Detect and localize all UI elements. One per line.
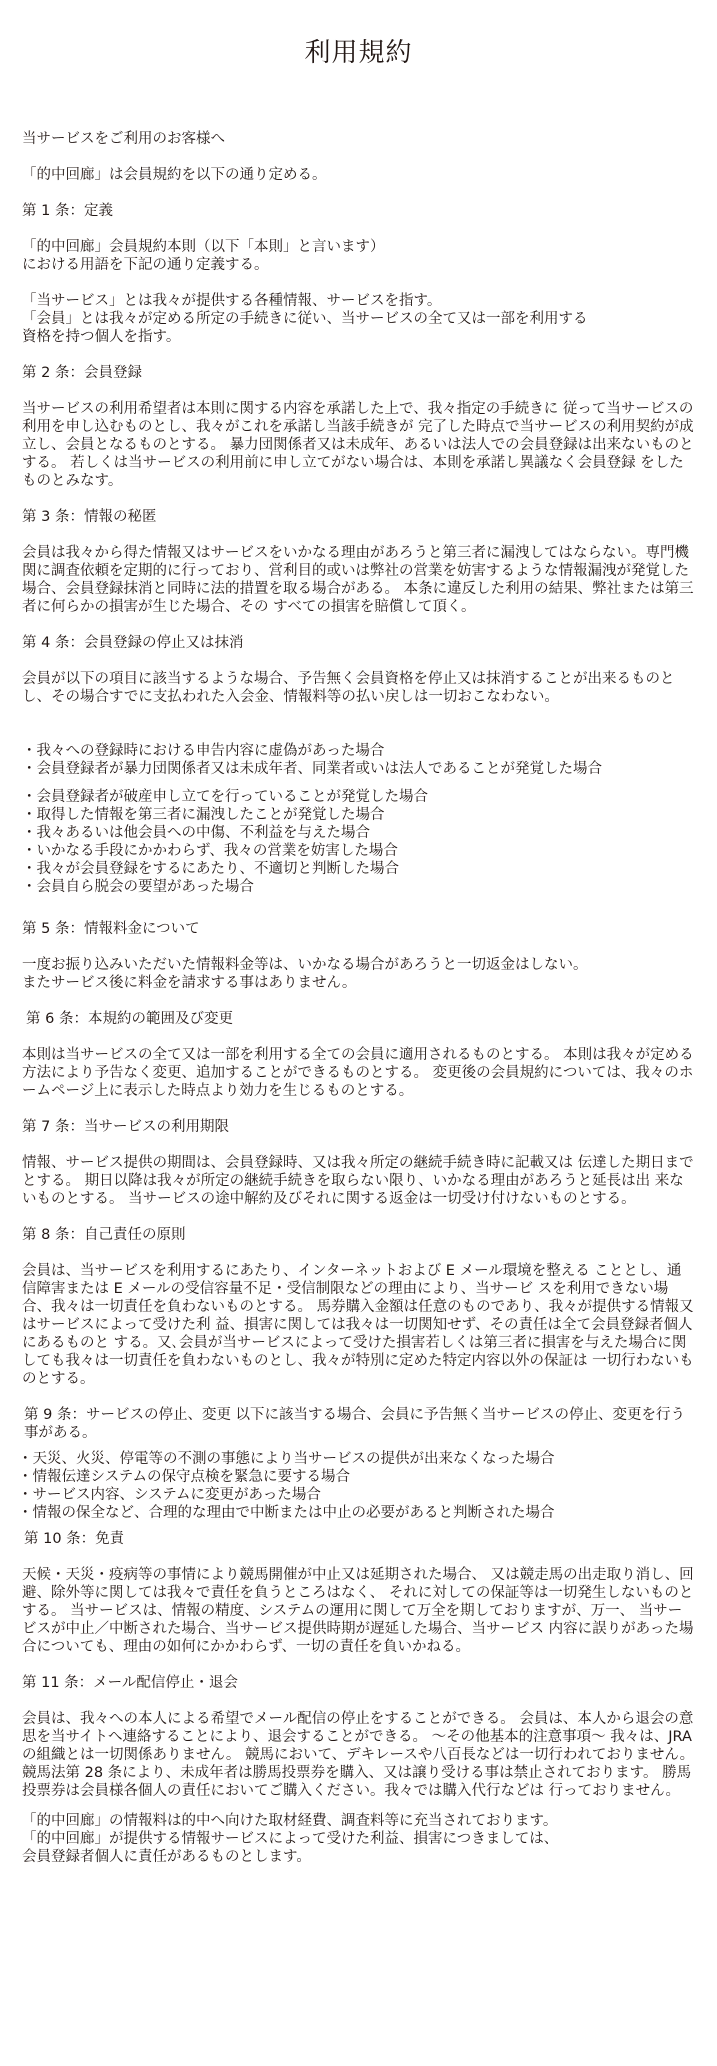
article-heading: 第 1 条：定義 bbox=[22, 202, 695, 220]
article-10: 第 10 条：免責 天候・天災・疫病等の事情により競馬開催が中止又は延期された場… bbox=[22, 1530, 695, 1656]
page-title: 利用規約 bbox=[22, 0, 695, 84]
service-stop-conditions-list: ・天災、火災、停電等の不測の事態により当サービスの提供が出来なくなった場合 ・情… bbox=[18, 1450, 695, 1522]
list-item: ・我々への登録時における申告内容に虚偽があった場合 bbox=[22, 742, 695, 760]
article-paragraph: 情報、サービス提供の期間は、会員登録時、又は我々所定の継続手続き時に記載又は 伝… bbox=[22, 1154, 695, 1208]
list-item: ・天災、火災、停電等の不測の事態により当サービスの提供が出来なくなった場合 bbox=[18, 1450, 695, 1468]
terms-page: 利用規約 当サービスをご利用のお客様へ 「的中回廊」は会員規約を以下の通り定める… bbox=[0, 0, 717, 1866]
list-item: ・会員登録者が破産申し立てを行っていることが発覚した場合 bbox=[22, 788, 695, 806]
list-item: ・情報の保全など、合理的な理由で中断または中止の必要があると判断された場合 bbox=[18, 1504, 695, 1522]
article-9: 第 9 条：サービスの停止、変更 以下に該当する場合、会員に予告無く当サービスの… bbox=[22, 1406, 695, 1522]
article-3: 第 3 条：情報の秘匿 会員は我々から得た情報又はサービスをいかなる理由があろう… bbox=[22, 508, 695, 616]
article-2: 第 2 条：会員登録 当サービスの利用希望者は本則に関する内容を承諾した上で、我… bbox=[22, 364, 695, 490]
article-8: 第 8 条：自己責任の原則 会員は、当サービスを利用するにあたり、インターネット… bbox=[22, 1226, 695, 1388]
list-item: ・いかなる手段にかかわらず、我々の営業を妨害した場合 bbox=[22, 842, 695, 860]
article-heading: 第 10 条：免責 bbox=[22, 1530, 695, 1548]
list-item: ・サービス内容、システムに変更があった場合 bbox=[18, 1486, 695, 1504]
article-paragraph: 当サービスの利用希望者は本則に関する内容を承諾した上で、我々指定の手続きに 従っ… bbox=[22, 400, 695, 490]
article-heading: 第 7 条：当サービスの利用期限 bbox=[22, 1118, 695, 1136]
suspension-conditions-list-b: ・会員登録者が破産申し立てを行っていることが発覚した場合 ・取得した情報を第三者… bbox=[22, 788, 695, 896]
article-7: 第 7 条：当サービスの利用期限 情報、サービス提供の期間は、会員登録時、又は我… bbox=[22, 1118, 695, 1208]
article-paragraph: 「当サービス」とは我々が提供する各種情報、サービスを指す。 「会員」とは我々が定… bbox=[22, 292, 695, 346]
article-11: 第 11 条：メール配信停止・退会 会員は、我々への本人による希望でメール配信の… bbox=[22, 1674, 695, 1866]
article-paragraph: 会員は、我々への本人による希望でメール配信の停止をすることができる。 会員は、本… bbox=[22, 1710, 695, 1800]
article-paragraph: 「的中回廊」会員規約本則（以下「本則」と言います） における用語を下記の通り定義… bbox=[22, 238, 695, 274]
article-heading: 第 5 条：情報料金について bbox=[22, 920, 695, 938]
article-heading: 第 3 条：情報の秘匿 bbox=[22, 508, 695, 526]
list-item: ・会員自ら脱会の要望があった場合 bbox=[22, 878, 695, 896]
list-item: ・我々が会員登録をするにあたり、不適切と判断した場合 bbox=[22, 860, 695, 878]
article-5: 第 5 条：情報料金について 一度お振り込みいただいた情報料金等は、いかなる場合… bbox=[22, 920, 695, 992]
list-item: ・取得した情報を第三者に漏洩したことが発覚した場合 bbox=[22, 806, 695, 824]
article-paragraph: 会員は、当サービスを利用するにあたり、インターネットおよび E メール環境を整え… bbox=[22, 1262, 695, 1388]
closing-paragraph: 「的中回廊」の情報料は的中へ向けた取材経費、調査料等に充当されております。 「的… bbox=[22, 1812, 695, 1866]
article-heading: 第 2 条：会員登録 bbox=[22, 364, 695, 382]
article-heading: 第 6 条：本規約の範囲及び変更 bbox=[22, 1010, 695, 1028]
article-heading: 第 9 条：サービスの停止、変更 以下に該当する場合、会員に予告無く当サービスの… bbox=[22, 1406, 695, 1442]
list-item: ・我々あるいは他会員への中傷、不利益を与えた場合 bbox=[22, 824, 695, 842]
article-paragraph: 会員は我々から得た情報又はサービスをいかなる理由があろうと第三者に漏洩してはなら… bbox=[22, 544, 695, 616]
list-item: ・情報伝達システムの保守点検を緊急に要する場合 bbox=[18, 1468, 695, 1486]
article-paragraph: 天候・天災・疫病等の事情により競馬開催が中止又は延期された場合、 又は競走馬の出… bbox=[22, 1566, 695, 1656]
article-4: 第 4 条：会員登録の停止又は抹消 会員が以下の項目に該当するような場合、予告無… bbox=[22, 634, 695, 896]
article-1: 第 1 条：定義 「的中回廊」会員規約本則（以下「本則」と言います） における用… bbox=[22, 202, 695, 346]
article-paragraph: 一度お振り込みいただいた情報料金等は、いかなる場合があろうと一切返金はしない。 … bbox=[22, 956, 695, 992]
greeting: 当サービスをご利用のお客様へ bbox=[22, 130, 695, 148]
article-heading: 第 4 条：会員登録の停止又は抹消 bbox=[22, 634, 695, 652]
article-paragraph: 会員が以下の項目に該当するような場合、予告無く会員資格を停止又は抹消することが出… bbox=[22, 670, 695, 706]
suspension-conditions-list-a: ・我々への登録時における申告内容に虚偽があった場合 ・会員登録者が暴力団関係者又… bbox=[22, 742, 695, 778]
article-heading: 第 8 条：自己責任の原則 bbox=[22, 1226, 695, 1244]
article-heading: 第 11 条：メール配信停止・退会 bbox=[22, 1674, 695, 1692]
list-item: ・会員登録者が暴力団関係者又は未成年者、同業者或いは法人であることが発覚した場合 bbox=[22, 760, 695, 778]
article-paragraph: 本則は当サービスの全て又は一部を利用する全ての会員に適用されるものとする。 本則… bbox=[22, 1046, 695, 1100]
article-6: 第 6 条：本規約の範囲及び変更 本則は当サービスの全て又は一部を利用する全ての… bbox=[22, 1010, 695, 1100]
intro-text: 「的中回廊」は会員規約を以下の通り定める。 bbox=[22, 166, 695, 184]
